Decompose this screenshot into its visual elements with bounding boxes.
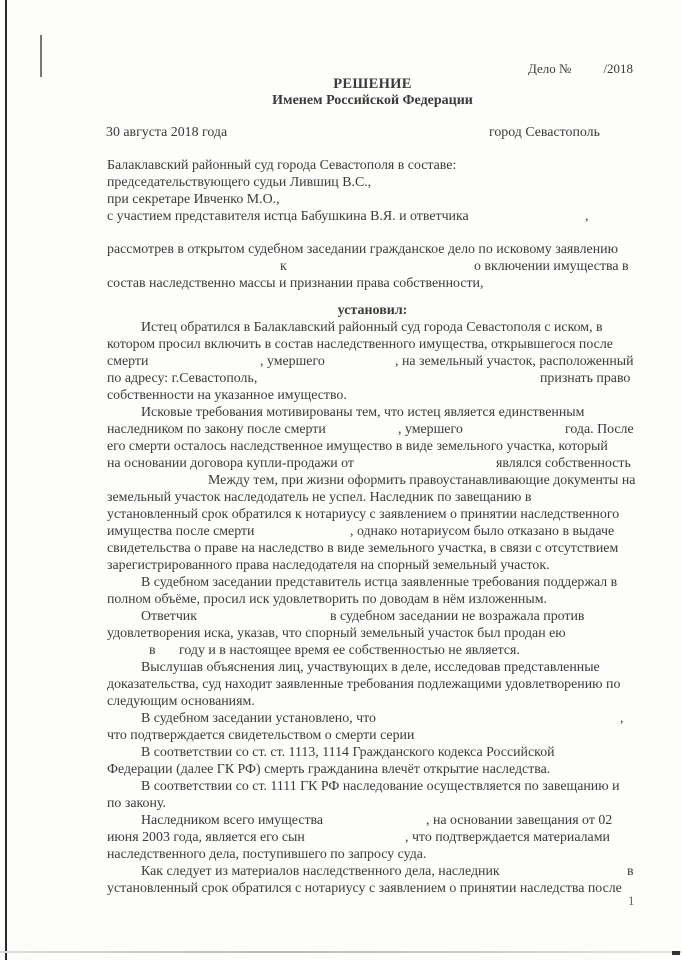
text-line: его смерти осталось наследственное имуще… xyxy=(107,439,608,455)
text-line: следующим основаниям. xyxy=(107,694,255,710)
text-line: что подтверждается свидетельством о смер… xyxy=(107,728,414,744)
scan-corner-mark xyxy=(672,951,680,955)
text-line: зарегистрированного права наследодателя … xyxy=(107,558,550,574)
text-line: по закону. xyxy=(107,796,166,812)
page-number: 1 xyxy=(628,893,635,909)
participants: с участием представителя истца Бабушкина… xyxy=(107,209,469,225)
considered-subject-cont: состав наследственно массы и признании п… xyxy=(107,276,483,292)
text-line: Исковые требования мотивированы тем, что… xyxy=(141,405,584,421)
text-line: Истец обратился в Балаклавский районный … xyxy=(141,320,603,336)
text-line: В судебном заседании установлено, что xyxy=(141,711,376,727)
text-line: смерти xyxy=(107,354,148,370)
text-line: в xyxy=(627,864,634,880)
text-line: июня 2003 года, является его сын xyxy=(107,830,305,846)
text-line: собственности на указанное имущество. xyxy=(107,388,347,404)
text-line: В соответствии со ст. 1111 ГК РФ наследо… xyxy=(141,779,620,795)
text-line: Между тем, при жизни оформить правоустан… xyxy=(208,473,635,489)
margin-mark xyxy=(40,35,42,77)
document-subtitle: Именем Российской Федерации xyxy=(0,93,682,109)
decision-city: город Севастополь xyxy=(489,125,600,141)
presiding-judge: председательствующего судьи Лившиц В.С., xyxy=(107,175,371,191)
text-line: на основании договора купли-продажи от xyxy=(107,456,354,472)
document-title: РЕШЕНИЕ xyxy=(0,76,682,93)
text-line: наследственного дела, поступившего по за… xyxy=(107,847,426,863)
text-line: , однако нотариусом было отказано в выда… xyxy=(350,524,614,540)
text-line: установленный срок обратился с нотариусу… xyxy=(107,881,622,897)
considered-subject: о включении имущества в xyxy=(474,259,629,275)
text-line: земельный участок наследодатель не успел… xyxy=(107,490,531,506)
text-line: Федерации (далее ГК РФ) смерть гражданин… xyxy=(107,762,550,778)
scan-bottom-edge xyxy=(0,951,682,953)
secretary: при секретаре Ивченко М.О., xyxy=(107,192,280,208)
section-heading: установил: xyxy=(0,303,682,319)
text-line: котором просил включить в состав наследс… xyxy=(107,337,613,353)
text-line: , на основании завещания от 02 xyxy=(426,813,612,829)
scan-edge xyxy=(5,0,7,960)
text-line: , умершего xyxy=(398,422,463,438)
court-composition: Балаклавский районный суд города Севасто… xyxy=(107,158,456,174)
text-line: являлся собственность xyxy=(496,456,631,472)
case-year: /2018 xyxy=(603,61,633,76)
case-number: Дело №/2018 xyxy=(528,61,633,77)
document-page: Дело №/2018 РЕШЕНИЕ Именем Российской Фе… xyxy=(0,0,682,960)
text-line: доказательства, суд находит заявленные т… xyxy=(107,677,620,693)
text-line: установленный срок обратился к нотариусу… xyxy=(107,507,619,523)
text-line: по адресу: г.Севастополь, xyxy=(107,371,257,387)
text-line: в судебном заседании не возражала против xyxy=(330,609,584,625)
considered-defendant: к xyxy=(280,259,287,275)
text-line: , xyxy=(620,711,623,727)
text-line: В соответствии со ст. ст. 1113, 1114 Гра… xyxy=(141,745,555,761)
text-line: , что подтверждается материалами xyxy=(405,830,610,846)
case-label: Дело № xyxy=(528,61,571,76)
text-line: свидетельства о праве на наследство в ви… xyxy=(107,541,618,557)
text-line: , умершего xyxy=(260,354,325,370)
text-line: , на земельный участок, расположенный xyxy=(395,354,634,370)
text-line: полном объёме, просил иск удовлетворить … xyxy=(107,592,547,608)
text-line: Ответчик xyxy=(141,609,197,625)
decision-date: 30 августа 2018 года xyxy=(106,125,227,141)
text-line: в xyxy=(149,643,156,659)
text-line: Наследником всего имущества xyxy=(141,813,323,829)
text-line: Выслушав объяснения лиц, участвующих в д… xyxy=(141,660,600,676)
text-line: года. После xyxy=(565,422,634,438)
text-line: Как следует из материалов наследственног… xyxy=(141,864,500,880)
text-line: имущества после смерти xyxy=(107,524,254,540)
text-line: наследником по закону после смерти xyxy=(107,422,326,438)
participants-end: , xyxy=(585,209,588,225)
text-line: году и в настоящее время ее собственност… xyxy=(179,643,520,659)
considered-line: рассмотрев в открытом судебном заседании… xyxy=(107,242,618,258)
text-line: удовлетворения иска, указав, что спорный… xyxy=(107,626,566,642)
text-line: В судебном заседании представитель истца… xyxy=(141,575,617,591)
text-line: признать право xyxy=(540,371,630,387)
